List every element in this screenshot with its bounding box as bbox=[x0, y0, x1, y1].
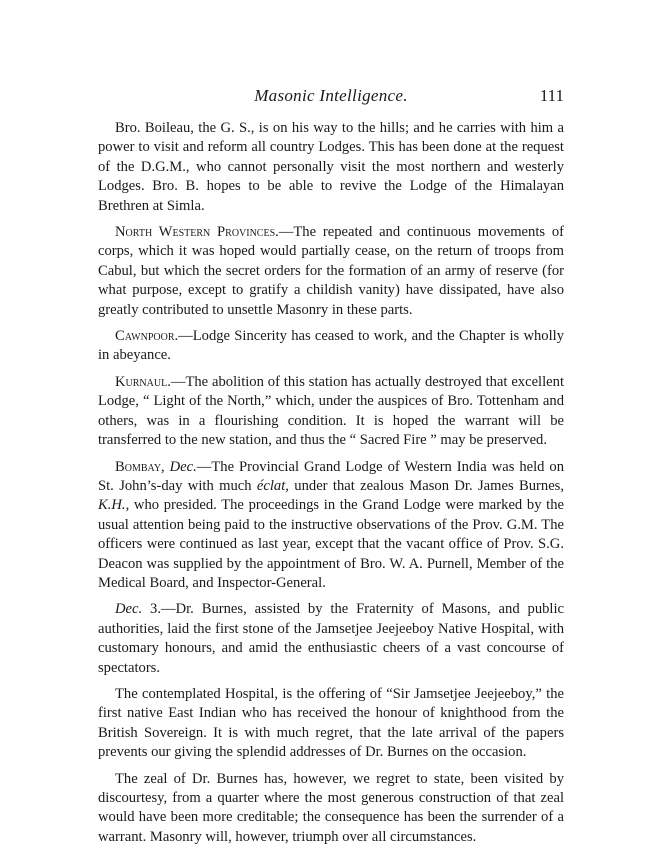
paragraph-text: 3.—Dr. Burnes, assisted by the Fraternit… bbox=[98, 601, 564, 675]
running-title: Masonic Intelligence. bbox=[98, 86, 564, 106]
paragraph-text: Bro. Boileau, the G. S., is on his way t… bbox=[98, 120, 564, 214]
section-lead: Dec. bbox=[115, 601, 142, 617]
paragraph-cawnpoor: Cawnpoor.—Lodge Sincerity has ceased to … bbox=[98, 327, 564, 366]
section-lead: Bombay, bbox=[115, 459, 170, 475]
paragraph-dec-3: Dec. 3.—Dr. Burnes, assisted by the Frat… bbox=[98, 600, 564, 678]
page-header: Masonic Intelligence. 111 bbox=[98, 82, 564, 110]
emphasis-kh: K.H. bbox=[98, 497, 126, 513]
section-date: Dec. bbox=[170, 459, 197, 475]
paragraph-text: The zeal of Dr. Burnes has, however, we … bbox=[98, 771, 564, 845]
section-lead: Kurnaul. bbox=[115, 374, 171, 390]
document-page: Masonic Intelligence. 111 Bro. Boileau, … bbox=[98, 82, 564, 854]
section-lead: Cawnpoor. bbox=[115, 328, 178, 344]
section-lead: North Western Provinces. bbox=[115, 224, 279, 240]
paragraph-zeal: The zeal of Dr. Burnes has, however, we … bbox=[98, 770, 564, 848]
page-number: 111 bbox=[540, 86, 564, 106]
paragraph-text: , under that zealous Mason Dr. James Bur… bbox=[285, 478, 564, 494]
paragraph-kurnaul: Kurnaul.—The abolition of this station h… bbox=[98, 373, 564, 451]
paragraph-bombay: Bombay, Dec.—The Provincial Grand Lodge … bbox=[98, 458, 564, 594]
emphasis-eclat: éclat bbox=[257, 478, 285, 494]
paragraph-text: , who presided. The proceedings in the G… bbox=[98, 497, 564, 591]
paragraph-north-western-provinces: North Western Provinces.—The repeated an… bbox=[98, 223, 564, 320]
paragraph-boileau: Bro. Boileau, the G. S., is on his way t… bbox=[98, 119, 564, 216]
paragraph-text: The contemplated Hospital, is the offeri… bbox=[98, 686, 564, 760]
paragraph-hospital: The contemplated Hospital, is the offeri… bbox=[98, 685, 564, 763]
